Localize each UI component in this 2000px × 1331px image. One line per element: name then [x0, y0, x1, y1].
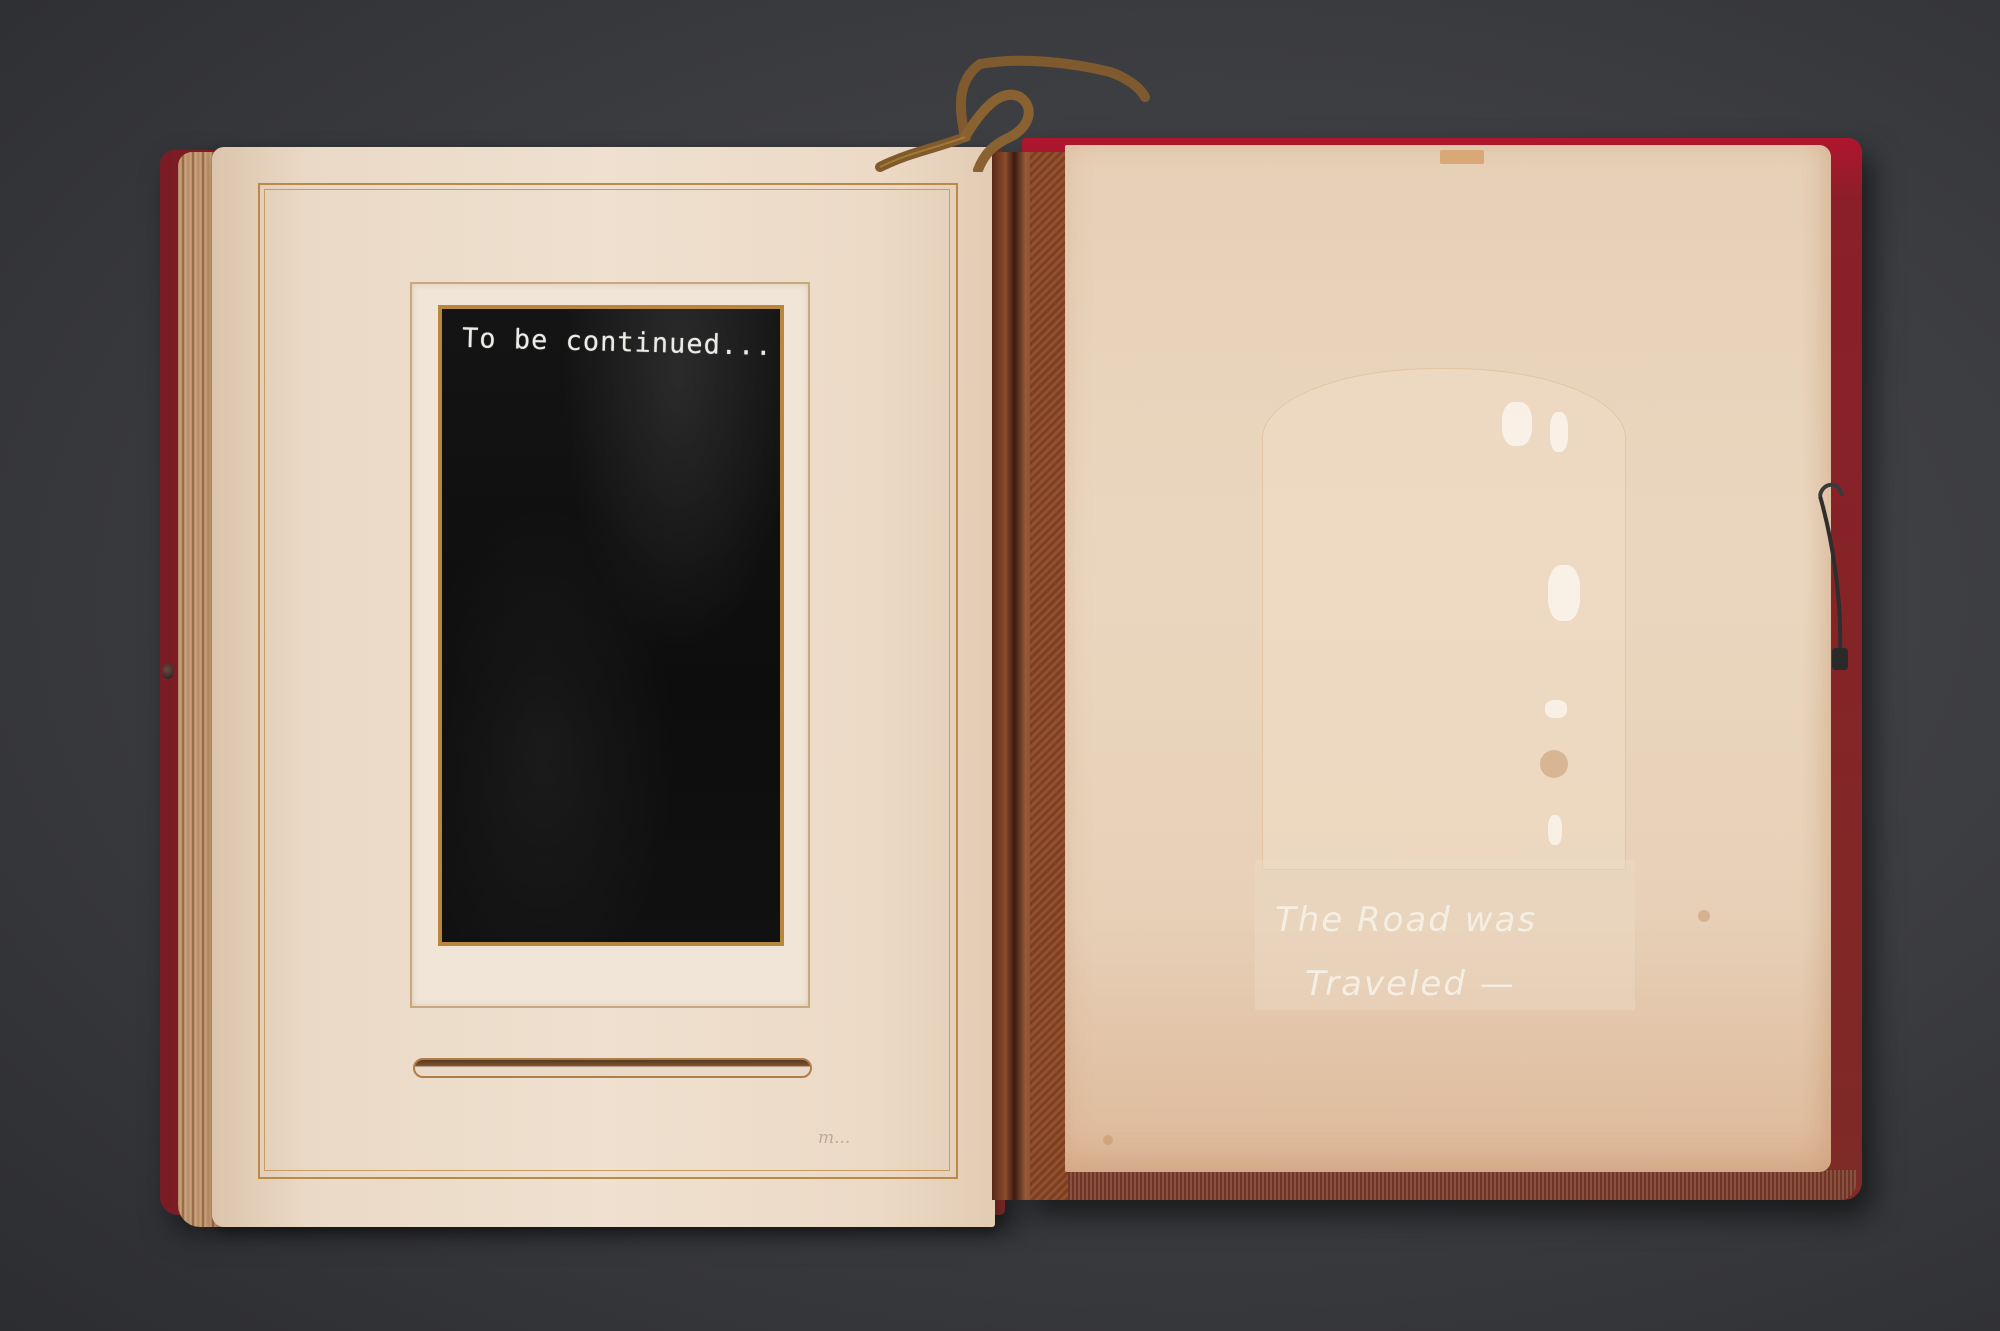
photo-window: To be continued... — [438, 305, 784, 946]
water-stain — [1540, 750, 1568, 778]
worn-cover-edge — [1036, 1170, 1856, 1200]
card-insert-slot — [413, 1058, 812, 1078]
metal-clasp-icon — [1812, 478, 1850, 683]
to-be-continued-note: To be continued... — [462, 323, 773, 362]
foxing-spot — [1698, 910, 1710, 922]
pencil-annotation: m... — [818, 1128, 850, 1148]
torn-fragment — [1440, 150, 1484, 164]
paper-loss — [1548, 565, 1580, 621]
paper-loss — [1502, 402, 1532, 446]
paper-loss — [1545, 700, 1567, 718]
clasp-stud-icon — [162, 663, 174, 679]
note-line-1: The Road was — [1275, 888, 1537, 952]
gutter-cloth-hinge — [1030, 152, 1068, 1200]
road-traveled-note: The Road was Traveled — — [1275, 888, 1537, 1016]
foxing-spot — [1103, 1135, 1113, 1145]
note-line-2: Traveled — — [1275, 952, 1537, 1016]
paper-loss — [1548, 815, 1562, 845]
paper-loss — [1550, 412, 1568, 452]
black-photo-card: To be continued... — [442, 309, 780, 942]
